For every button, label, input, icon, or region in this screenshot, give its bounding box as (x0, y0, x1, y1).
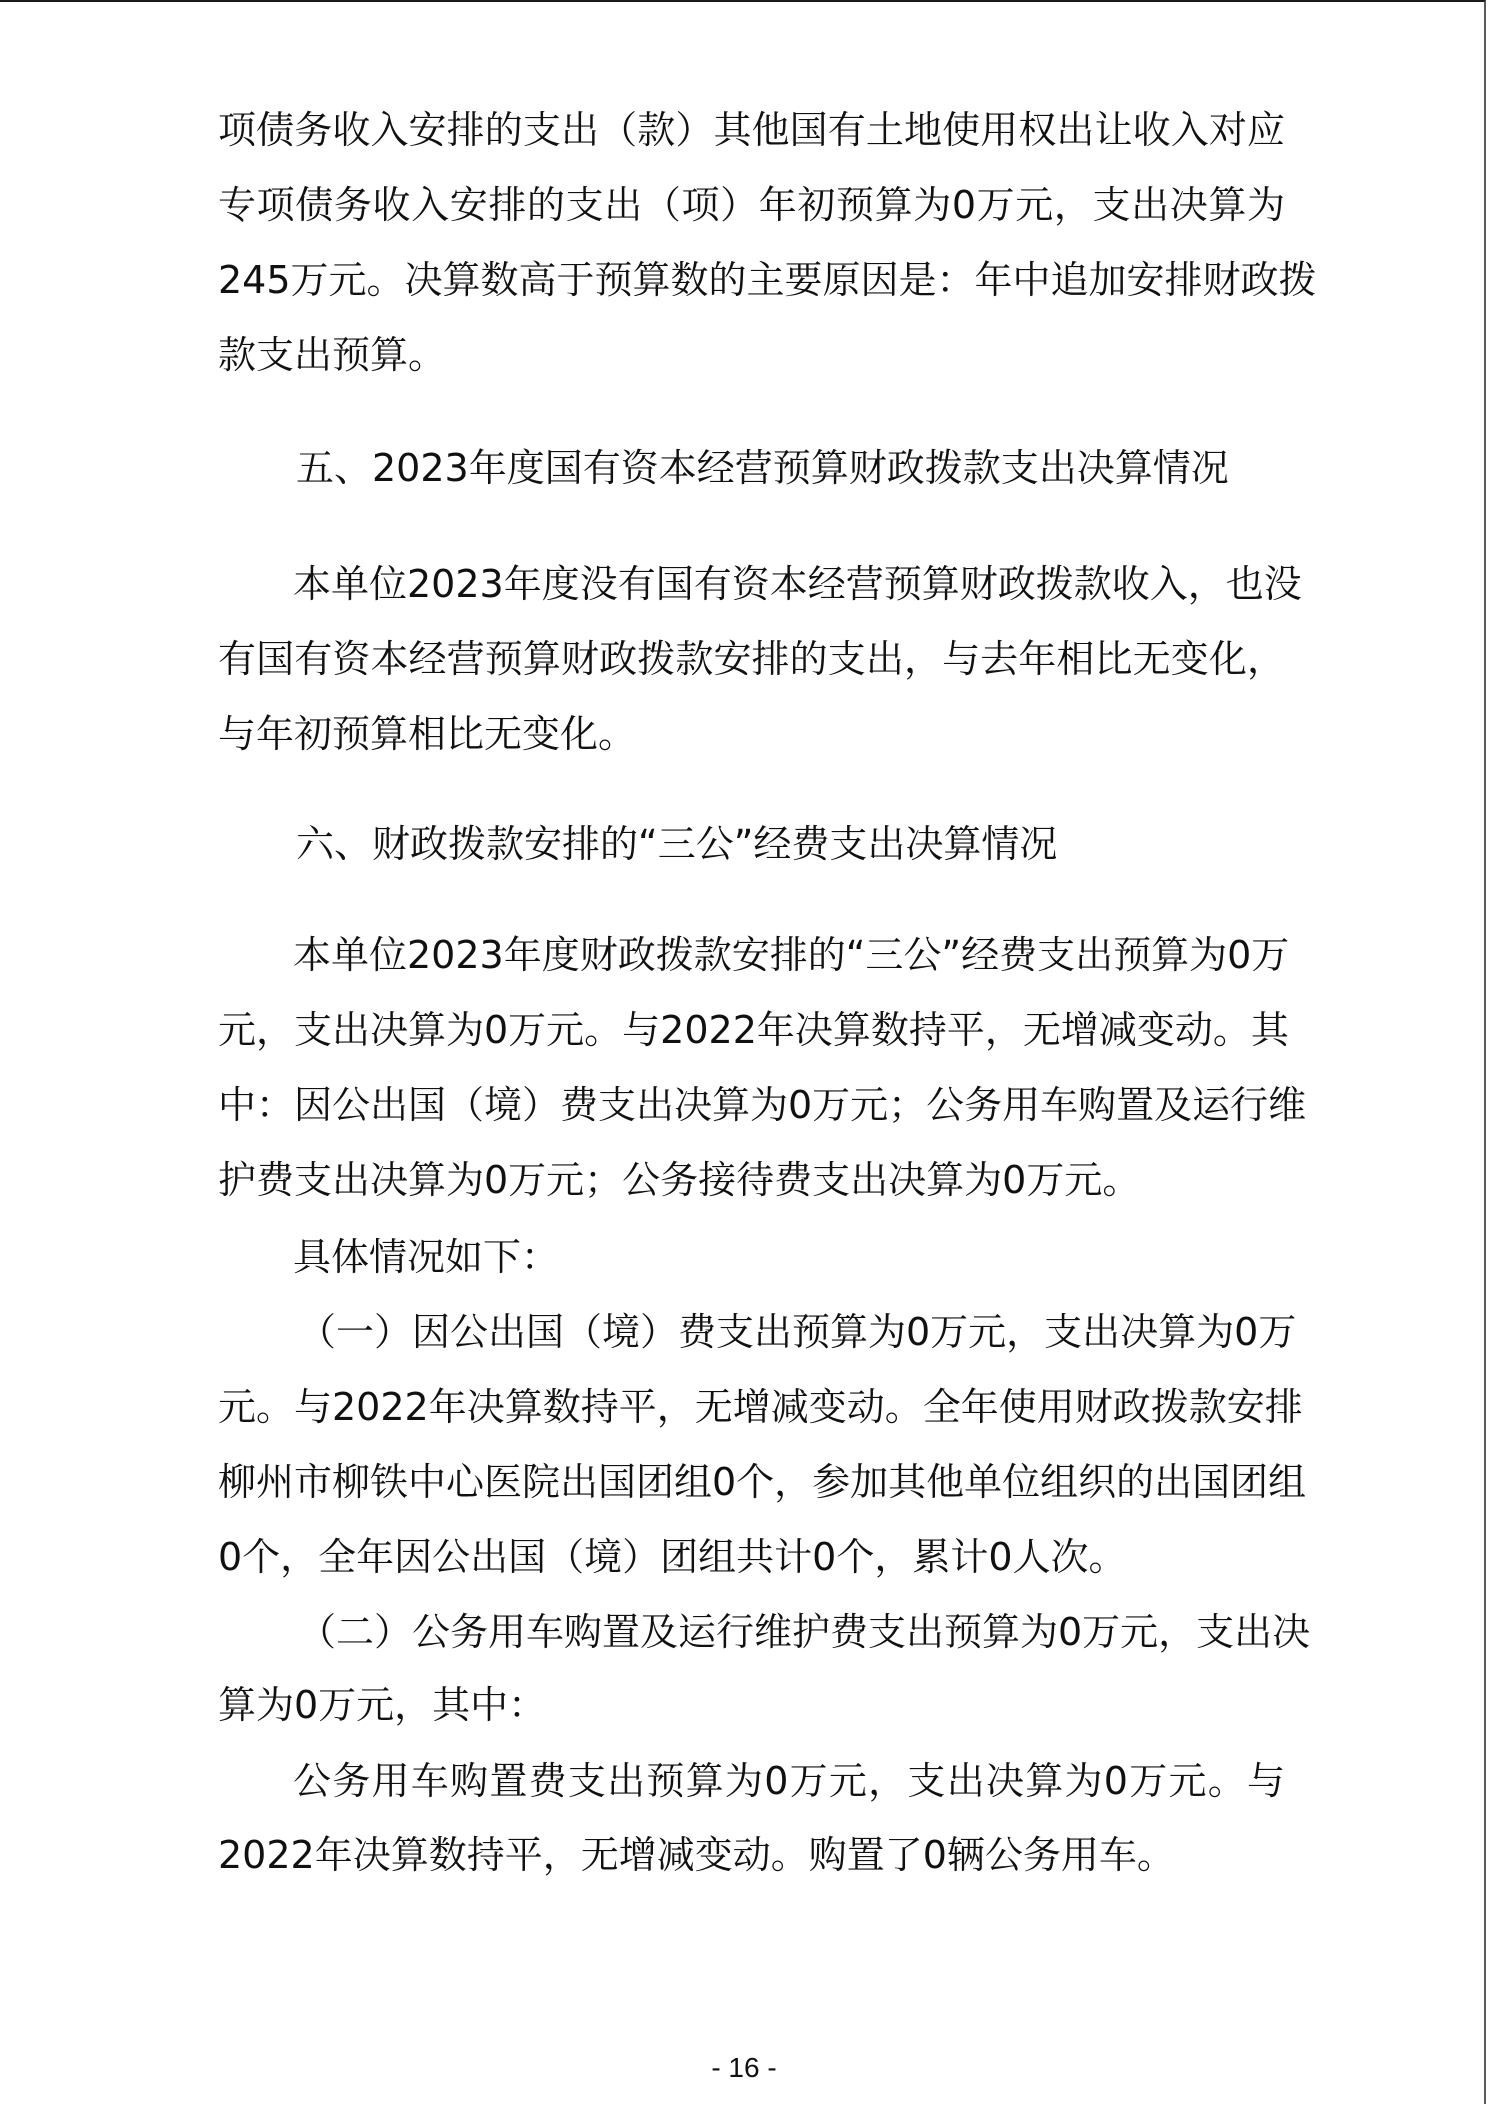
paragraph-line: 0个，全年因公出国（境）团组共计0个，累计0人次。 (218, 1532, 1285, 1582)
paragraph-line: 本单位2023年度没有国有资本经营预算财政拨款收入，也没 (293, 559, 1285, 609)
paragraph-line: （一）因公出国（境）费支出预算为0万元，支出决算为0万 (298, 1307, 1285, 1357)
page-number: - 16 - (0, 2050, 1488, 2086)
paragraph-line: 项债务收入安排的支出（款）其他国有土地使用权出让收入对应 (218, 105, 1285, 155)
paragraph-line: （二）公务用车购置及运行维护费支出预算为0万元，支出决 (298, 1607, 1285, 1657)
document-page: 项债务收入安排的支出（款）其他国有土地使用权出让收入对应 专项债务收入安排的支出… (0, 0, 1486, 2104)
paragraph-line: 款支出预算。 (218, 330, 1285, 380)
paragraph-line: 245万元。决算数高于预算数的主要原因是：年中追加安排财政拨 (218, 255, 1285, 305)
section-heading-5: 五、2023年度国有资本经营预算财政拨款支出决算情况 (296, 443, 1229, 493)
paragraph-line: 元。与2022年决算数持平，无增减变动。全年使用财政拨款安排 (218, 1382, 1285, 1432)
details-intro: 具体情况如下： (293, 1232, 1285, 1282)
paragraph-line: 算为0万元，其中： (218, 1680, 1285, 1730)
section-heading-6: 六、财政拨款安排的“三公”经费支出决算情况 (296, 819, 1057, 869)
paragraph-line: 2022年决算数持平，无增减变动。购置了0辆公务用车。 (218, 1830, 1285, 1880)
paragraph-line: 公务用车购置费支出预算为0万元，支出决算为0万元。与 (293, 1756, 1285, 1806)
paragraph-line: 与年初预算相比无变化。 (218, 709, 1285, 759)
paragraph-line: 中：因公出国（境）费支出决算为0万元；公务用车购置及运行维 (218, 1080, 1285, 1130)
paragraph-line: 护费支出决算为0万元；公务接待费支出决算为0万元。 (218, 1155, 1285, 1205)
paragraph-line: 专项债务收入安排的支出（项）年初预算为0万元，支出决算为 (218, 180, 1285, 230)
paragraph-line: 有国有资本经营预算财政拨款安排的支出，与去年相比无变化， (218, 634, 1285, 684)
paragraph-line: 本单位2023年度财政拨款安排的“三公”经费支出预算为0万 (293, 930, 1285, 980)
paragraph-line: 柳州市柳铁中心医院出国团组0个，参加其他单位组织的出国团组 (218, 1457, 1285, 1507)
paragraph-line: 元，支出决算为0万元。与2022年决算数持平，无增减变动。其 (218, 1005, 1285, 1055)
